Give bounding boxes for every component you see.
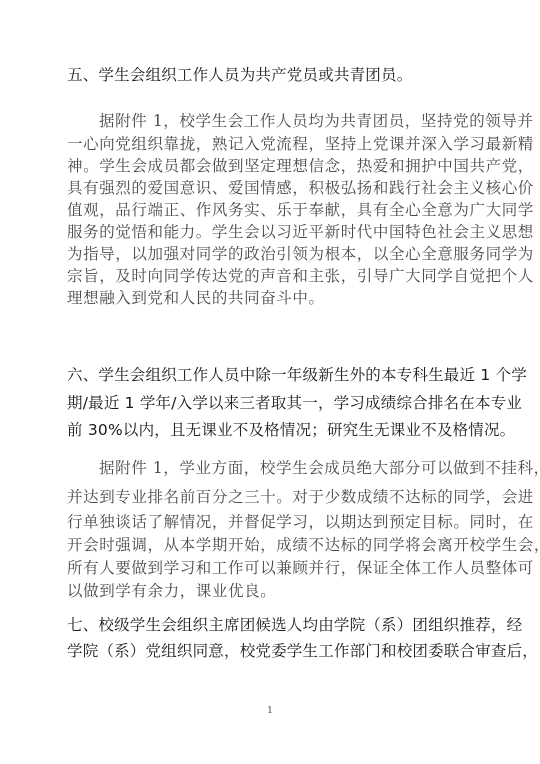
section-heading-6-cont: 前 30%以内，且无课业不及格情况；研究生无课业不及格情况。 (67, 419, 483, 441)
paragraph-line: 服务的觉悟和能力。学生会以习近平新时代中国特色社会主义思想 (67, 221, 483, 243)
section-heading-7-cont: 学院（系）党组织同意，校党委学生工作部门和校团委联合审查后， (67, 640, 483, 662)
page-number: 1 (0, 706, 540, 716)
document-page: 五、学生会组织工作人员为共产党员或共青团员。 据附件 1，校学生会工作人员均为共… (0, 0, 540, 764)
paragraph-line: 为指导，以加强对同学的政治引领为根本，以全心全意服务同学为 (67, 243, 483, 265)
paragraph-line: 宗旨，及时向同学传达党的声音和主张，引导广大同学自觉把个人 (67, 265, 483, 287)
paragraph-line: 具有强烈的爱国意识、爱国情感，积极弘扬和践行社会主义核心价 (67, 177, 483, 199)
paragraph-line: 行单独谈话了解情况，并督促学习，以期达到预定目标。同时，在 (67, 511, 483, 533)
paragraph-line: 值观，品行端正、作风务实、乐于奉献，具有全心全意为广大同学 (67, 199, 483, 221)
section-heading-6-cont: 期/最近 1 学年/入学以来三者取其一，学习成绩综合排名在本专业 (67, 392, 483, 414)
paragraph-line: 理想融入到党和人民的共同奋斗中。 (67, 287, 483, 309)
paragraph-line: 据附件 1，校学生会工作人员均为共青团员，坚持党的领导并 (67, 110, 483, 132)
paragraph-line: 开会时强调，从本学期开始，成绩不达标的同学将会离开校学生会， (67, 534, 483, 556)
section-heading-7: 七、校级学生会组织主席团候选人均由学院（系）团组织推荐，经 (67, 614, 483, 636)
paragraph-line: 据附件 1，学业方面，校学生会成员绝大部分可以做到不挂科， (67, 457, 483, 479)
paragraph-line: 并达到专业排名前百分之三十。对于少数成绩不达标的同学，会进 (67, 486, 483, 508)
paragraph-line: 以做到学有余力，课业优良。 (67, 580, 483, 602)
paragraph-line: 所有人要做到学习和工作可以兼顾并行，保证全体工作人员整体可 (67, 557, 483, 579)
section-heading-5: 五、学生会组织工作人员为共产党员或共青团员。 (67, 64, 483, 86)
paragraph-line: 一心向党组织靠拢，熟记入党流程，坚持上党课并深入学习最新精 (67, 133, 483, 155)
paragraph-line: 神。学生会成员都会做到坚定理想信念，热爱和拥护中国共产党， (67, 155, 483, 177)
section-heading-6: 六、学生会组织工作人员中除一年级新生外的本专科生最近 1 个学 (67, 364, 483, 386)
